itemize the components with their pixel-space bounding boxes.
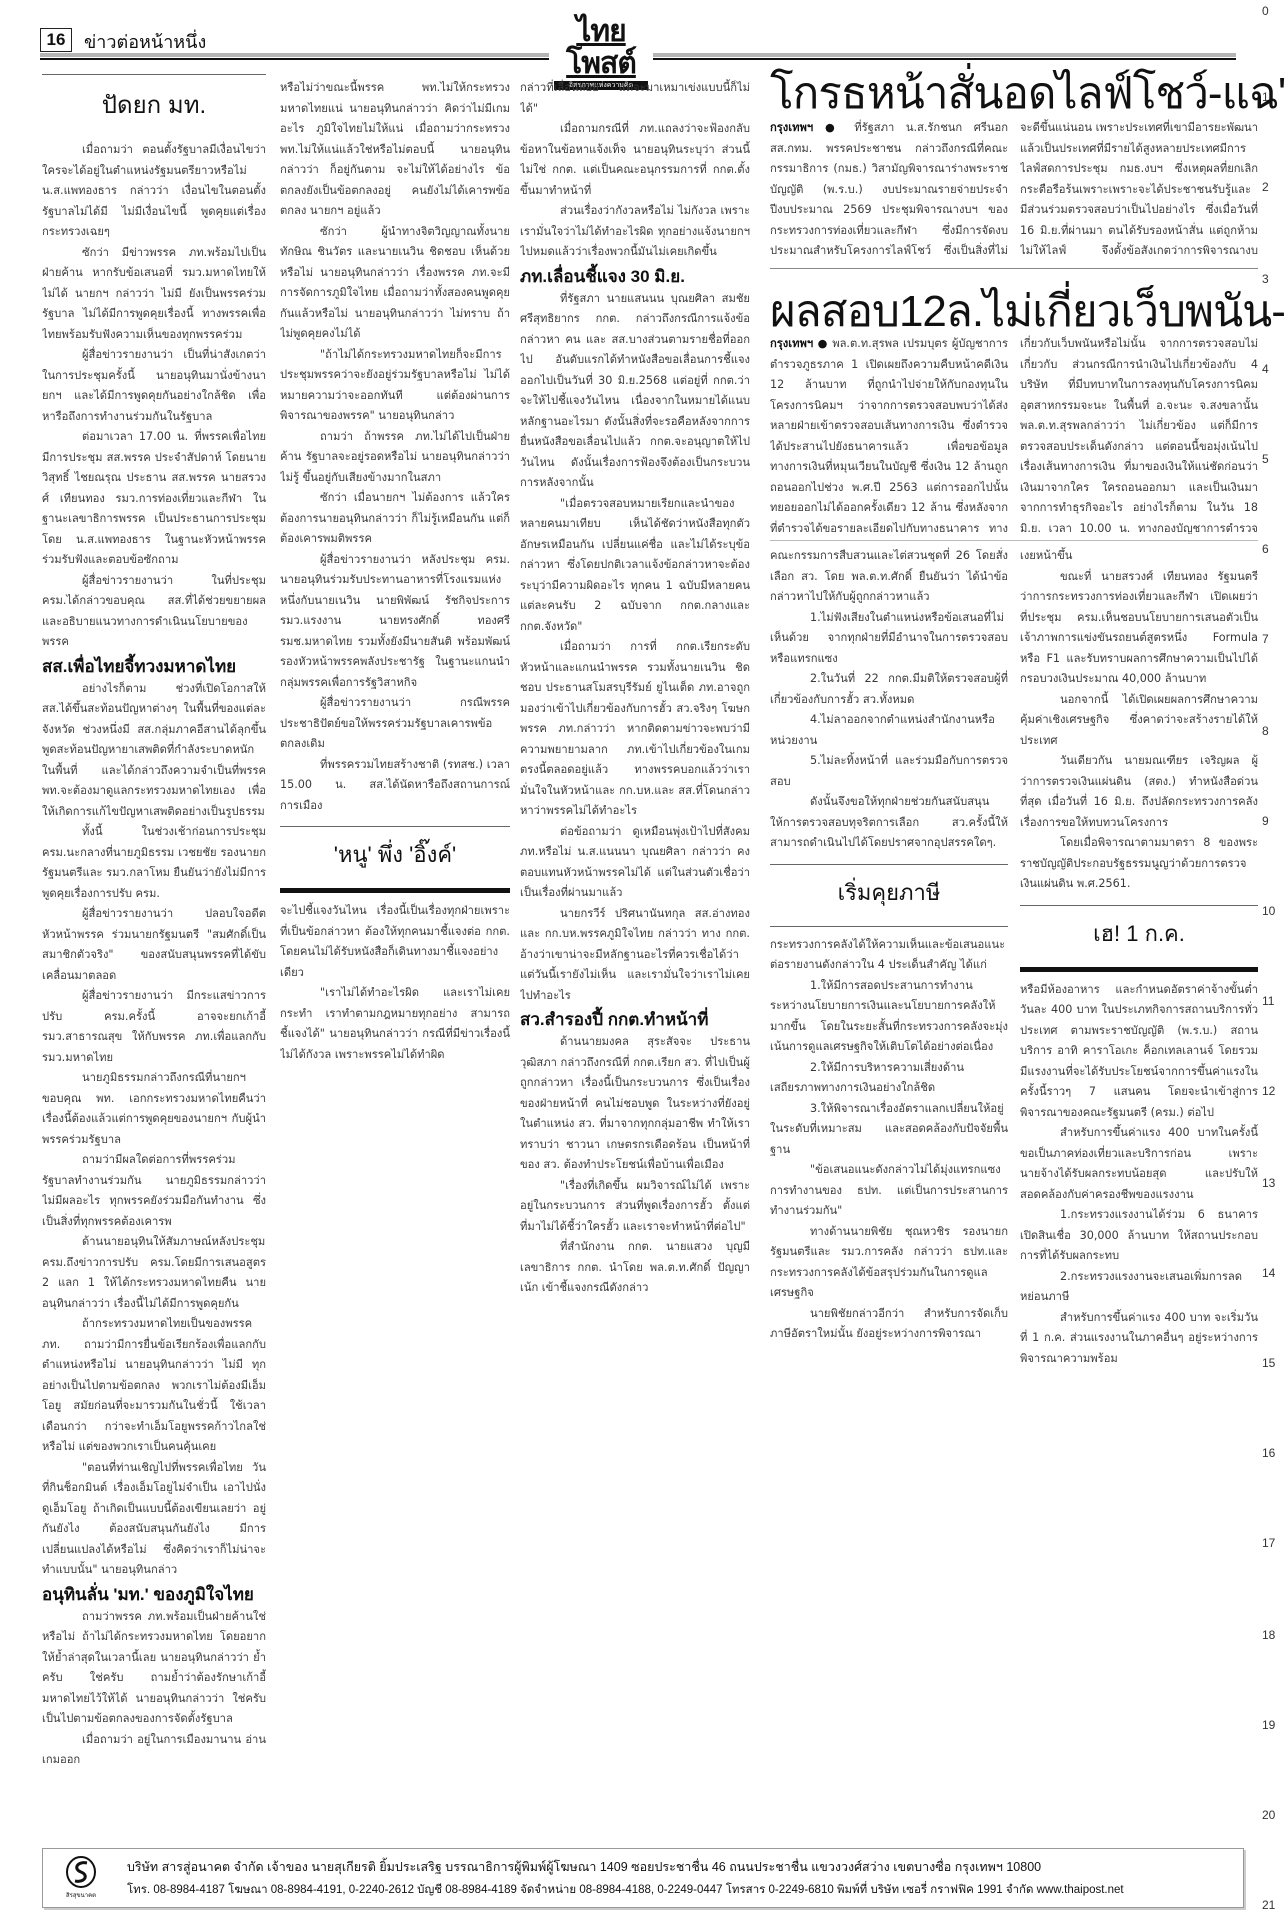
margin-number: 13 bbox=[1262, 1176, 1275, 1190]
paragraph: ผู้สื่อข่าวรายงานว่า กรณีพรรคประชาธิปัตย… bbox=[280, 693, 510, 755]
paragraph: อย่างไรก็ตาม ช่วงที่เปิดโอกาสให้ สส.ได้ข… bbox=[42, 679, 266, 823]
paragraph: หรือไม่ว่าขณะนี้พรรค พท.ไม่ให้กระทรวงมหา… bbox=[280, 78, 510, 222]
paragraph: กล่าวที่เลื่อนลอย แต่จะมาเหมาเข่งแบบนี้ก… bbox=[520, 78, 750, 119]
paragraph: "ถ้าไม่ได้กระทรวงมหาดไทยก็จะมีการประชุมพ… bbox=[280, 345, 510, 427]
paragraph: สำหรับการขึ้นค่าแรง 400 บาทในครั้งนี้ ขอ… bbox=[1020, 1123, 1258, 1205]
section-title: ข่าวต่อหน้าหนึ่ง bbox=[84, 27, 206, 56]
paragraph: ต่อข้อถามว่า ดูเหมือนพุ่งเป้าไปที่สังคม … bbox=[520, 822, 750, 904]
paragraph: หรือมีห้องอาหาร และกำหนดอัตราค่าจ้างขั้น… bbox=[1020, 980, 1258, 1124]
subheading: สว.สำรองปี้ กกต.ทำหน้าที่ bbox=[520, 1008, 750, 1032]
margin-number: 18 bbox=[1262, 1628, 1275, 1642]
paragraph: ที่พรรครวมไทยสร้างชาติ (รทสช.) เวลา 15.0… bbox=[280, 755, 510, 817]
logo-text: ไทยโพสต์ bbox=[549, 16, 653, 80]
paragraph: เมื่อถามว่า ตอนตั้งรัฐบาลมีเงื่อนไขว่าใค… bbox=[42, 140, 266, 243]
paragraph: ที่รัฐสภา นายแสนนน บุณยศิลา สมชัย ศรีสุท… bbox=[520, 289, 750, 494]
paragraph: ซักว่า มีข่าวพรรค ภท.พร้อมไปเป็นฝ่ายค้าน… bbox=[42, 243, 266, 346]
paragraph: วันเดียวกัน นายมณเฑียร เจริญผล ผู้ว่าการ… bbox=[1020, 751, 1258, 833]
margin-number: 15 bbox=[1262, 1356, 1275, 1370]
page-number: 16 bbox=[40, 28, 72, 52]
paragraph: 4.ไม่ลาออกจากตำแหน่งสำนักงานหรือหน่วยงาน bbox=[770, 710, 1008, 751]
paragraph: ผู้สื่อข่าวรายงานว่า หลังประชุม ครม. นาย… bbox=[280, 550, 510, 694]
paragraph: 2.ให้มีการบริหารความเสี่ยงด้านเสถียรภาพท… bbox=[770, 1058, 1008, 1099]
paragraph: ผู้สื่อข่าวรายงานว่า มีกระแสข่าวการปรับ … bbox=[42, 986, 266, 1068]
paragraph: "เราไม่ได้ทำอะไรผิด และเราไม่เคยกระทำ เร… bbox=[280, 983, 510, 1065]
paragraph: จะดีขึ้นแน่นอน เพราะประเทศที่เขามีอารยะพ… bbox=[1020, 118, 1258, 260]
paragraph: 5.ไม่ละทิ้งหน้าที่ และร่วมมือกับการตรวจส… bbox=[770, 751, 1008, 792]
paragraph: ต่อมาเวลา 17.00 น. ที่พรรคเพื่อไทย มีการ… bbox=[42, 427, 266, 571]
footer-contact: โทร. 08-8984-4187 โฆษณา 08-8984-4191, 0-… bbox=[127, 1881, 1124, 1899]
paragraph: พล.ต.ท.สุรพล เปรมบุตร ผู้บัญชาการตำรวจภู… bbox=[770, 337, 1008, 534]
margin-number: 8 bbox=[1262, 724, 1269, 738]
box-rule bbox=[1020, 967, 1258, 972]
thaipost-logo: ไทยโพสต์ อิสรภาพแห่งความคิด bbox=[549, 16, 653, 62]
margin-number: 0 bbox=[1262, 4, 1269, 18]
paragraph: "เมื่อตรวจสอบหมายเรียกและนำของหลายคนมาเท… bbox=[520, 494, 750, 638]
middle-column-2: กล่าวที่เลื่อนลอย แต่จะมาเหมาเข่งแบบนี้ก… bbox=[520, 78, 750, 1834]
paragraph: เกี่ยวกับเว็บพนันหรือไม่นั้น จากการตรวจส… bbox=[1020, 334, 1258, 534]
box-rule bbox=[280, 888, 510, 893]
margin-number: 17 bbox=[1262, 1536, 1275, 1550]
paragraph: ด้านนายมงคล สุระสัจจะ ประธานวุฒิสภา กล่า… bbox=[520, 1032, 750, 1176]
top-right-story-col-a: กรุงเทพฯ ● ที่รัฐสภา น.ส.รักชนก ศรีนอก ส… bbox=[770, 118, 1008, 260]
paragraph: 2.กระทรวงแรงงานจะเสนอเพิ่มการลดหย่อนภาษี bbox=[1020, 1267, 1258, 1308]
margin-number: 5 bbox=[1262, 452, 1269, 466]
margin-number: 14 bbox=[1262, 1266, 1275, 1280]
margin-number: 19 bbox=[1262, 1718, 1275, 1732]
paragraph: "เรื่องที่เกิดขึ้น ผมวิจารณ์ไม่ได้ เพราะ… bbox=[520, 1176, 750, 1238]
box-title-tax-talk: เริ่มคุยภาษี bbox=[770, 864, 1008, 922]
paragraph: เมื่อถามกรณีที่ ภท.แถลงว่าจะฟ้องกลับข้อห… bbox=[520, 119, 750, 201]
middle-column-1: หรือไม่ว่าขณะนี้พรรค พท.ไม่ให้กระทรวงมหา… bbox=[280, 78, 510, 1834]
paragraph: 1.กระทรวงแรงงานได้ร่วม 6 ธนาคาร เปิดสินเ… bbox=[1020, 1205, 1258, 1267]
subheading: สส.เพื่อไทยจี้ทวงมหาดไทย bbox=[42, 655, 266, 679]
publisher-logo-icon: สิรสุขนาคต bbox=[63, 1855, 99, 1899]
margin-number: 12 bbox=[1262, 1084, 1275, 1098]
margin-number: 11 bbox=[1262, 994, 1274, 1008]
left-story-title: ปัดยก มท. bbox=[42, 74, 266, 136]
margin-number: 21 bbox=[1262, 1898, 1275, 1912]
paragraph: ถ้ากระทรวงมหาดไทยเป็นของพรรค ภท. ถามว่าม… bbox=[42, 1314, 266, 1458]
dateline: กรุงเทพฯ ● bbox=[770, 121, 843, 134]
page-header: 16 ข่าวต่อหน้าหนึ่ง ไทยโพสต์ อิสรภาพแห่ง… bbox=[40, 24, 1236, 60]
paragraph: เงยหน้าขึ้น bbox=[1020, 546, 1258, 567]
box-title-nu-ping-ink: 'หนู' พึ่ง 'อิ๊งค์' bbox=[280, 826, 510, 884]
paragraph: ทางด้านนายพิชัย ชุณหวชิร รองนายกรัฐมนตรี… bbox=[770, 1222, 1008, 1304]
mid-right-story-col-a: กรุงเทพฯ ● พล.ต.ท.สุรพล เปรมบุตร ผู้บัญช… bbox=[770, 334, 1008, 534]
paragraph: ผู้สื่อข่าวรายงานว่า เป็นที่น่าสังเกตว่า… bbox=[42, 345, 266, 427]
paragraph: เมื่อถามว่า อยู่ในการเมืองมานาน อ่านเกมอ… bbox=[42, 1730, 266, 1771]
paragraph: คณะกรรมการสืบสวนและไต่สวนชุดที่ 26 โดยสั… bbox=[770, 546, 1008, 608]
publisher-footer: สิรสุขนาคต บริษัท สารสู่อนาคต จำกัด เจ้า… bbox=[42, 1848, 1244, 1908]
paragraph: สำหรับการขึ้นค่าแรง 400 บาท จะเริ่มวันที… bbox=[1020, 1308, 1258, 1370]
margin-number: 4 bbox=[1262, 362, 1269, 376]
paragraph: 1.ให้มีการสอดประสานการทำงานระหว่างนโยบาย… bbox=[770, 976, 1008, 1058]
margin-number: 20 bbox=[1262, 1808, 1275, 1822]
paragraph: โดยเมื่อพิจารณาตามมาตรา 8 ของพระราชบัญญั… bbox=[1020, 833, 1258, 895]
paragraph: เมื่อถามว่า การที่ กกต.เรียกระดับหัวหน้า… bbox=[520, 637, 750, 822]
paragraph: "ข้อเสนอแนะดังกล่าวไม่ได้มุ่งแทรกแซงการท… bbox=[770, 1160, 1008, 1222]
paragraph: นายพิชัยกล่าวอีกว่า สำหรับการจัดเก็บภาษี… bbox=[770, 1304, 1008, 1345]
paragraph: ทั้งนี้ ในช่วงเช้าก่อนการประชุม ครม.นะกล… bbox=[42, 822, 266, 904]
paragraph: ถามว่า ถ้าพรรค ภท.ไม่ได้ไปเป็นฝ่ายค้าน ร… bbox=[280, 427, 510, 489]
paragraph: ที่สำนักงาน กกต. นายแสวง บุญมี เลขาธิการ… bbox=[520, 1237, 750, 1299]
newspaper-page: 16 ข่าวต่อหน้าหนึ่ง ไทยโพสต์ อิสรภาพแห่ง… bbox=[0, 0, 1286, 1920]
svg-text:สิรสุขนาคต: สิรสุขนาคต bbox=[66, 1892, 96, 1899]
left-story-column: ปัดยก มท. เมื่อถามว่า ตอนตั้งรัฐบาลมีเงื… bbox=[42, 74, 266, 1834]
margin-number: 9 bbox=[1262, 814, 1269, 828]
paragraph: นายกรวีร์ ปริศนานันทกุล สส.อ่างทอง และ ก… bbox=[520, 904, 750, 1007]
margin-number: 10 bbox=[1262, 904, 1275, 918]
paragraph: ถามว่าพรรค ภท.พร้อมเป็นฝ่ายค้านใช่หรือไม… bbox=[42, 1607, 266, 1730]
lower-right-column-b: เงยหน้าขึ้น ขณะที่ นายสรวงศ์ เทียนทอง รั… bbox=[1020, 546, 1258, 1836]
mid-right-story-col-b: เกี่ยวกับเว็บพนันหรือไม่นั้น จากการตรวจส… bbox=[1020, 334, 1258, 534]
paragraph: กระทรวงการคลังได้ให้ความเห็นและข้อเสนอแน… bbox=[770, 935, 1008, 976]
paragraph: ซักว่า ผู้นำทางจิตวิญญาณทั้งนายทักษิณ ชิ… bbox=[280, 222, 510, 345]
paragraph: ดังนั้นจึงขอให้ทุกฝ่ายช่วยกันสนับสนุนให้… bbox=[770, 792, 1008, 854]
paragraph: ถามว่ามีผลใดต่อการที่พรรคร่วมรัฐบาลทำงาน… bbox=[42, 1150, 266, 1232]
paragraph: ซักว่า เมื่อนายกฯ ไม่ต้องการ แล้วใครต้อง… bbox=[280, 488, 510, 550]
story-divider bbox=[770, 540, 1258, 541]
paragraph: 1.ไม่ฟังเสียงในตำแหน่งหรือข้อเสนอที่ไม่เ… bbox=[770, 608, 1008, 670]
paragraph: ขณะที่ นายสรวงศ์ เทียนทอง รัฐมนตรีว่าการ… bbox=[1020, 567, 1258, 690]
subheading: ภท.เลื่อนชี้แจง 30 มิ.ย. bbox=[520, 265, 750, 289]
box-rule bbox=[770, 926, 1008, 927]
paragraph: ส่วนเรื่องว่ากังวลหรือไม่ ไม่กังวล เพราะ… bbox=[520, 201, 750, 263]
paragraph: 2.ในวันที่ 22 กกต.มีมติให้ตรวจสอบผู้ที่เ… bbox=[770, 669, 1008, 710]
dateline: กรุงเทพฯ ● bbox=[770, 337, 828, 350]
paragraph: ที่รัฐสภา น.ส.รักชนก ศรีนอก สส.กทม. พรรค… bbox=[770, 121, 1008, 260]
top-right-story-col-b: จะดีขึ้นแน่นอน เพราะประเทศที่เขามีอารยะพ… bbox=[1020, 118, 1258, 260]
margin-number: 6 bbox=[1262, 542, 1269, 556]
paragraph: 3.ให้พิจารณาเรื่องอัตราแลกเปลี่ยนให้อยู่… bbox=[770, 1099, 1008, 1161]
lower-right-column-a: คณะกรรมการสืบสวนและไต่สวนชุดที่ 26 โดยสั… bbox=[770, 546, 1008, 1836]
margin-number: 7 bbox=[1262, 632, 1269, 646]
paragraph: จะไปชี้แจงวันไหน เรื่องนี้เป็นเรื่องทุกฝ… bbox=[280, 901, 510, 983]
margin-number: 2 bbox=[1262, 180, 1269, 194]
story-divider bbox=[770, 268, 1258, 269]
subheading: อนุทินลั่น 'มท.' ของภูมิใจไทย bbox=[42, 1583, 266, 1607]
footer-address: บริษัท สารสู่อนาคต จำกัด เจ้าของ นายสุเก… bbox=[127, 1857, 1041, 1877]
paragraph: ผู้สื่อข่าวรายงานว่า ในที่ประชุม ครม.ได้… bbox=[42, 571, 266, 653]
paragraph: นายภูมิธรรมกล่าวถึงกรณีที่นายกฯ ขอบคุณ พ… bbox=[42, 1068, 266, 1150]
paragraph: ผู้สื่อข่าวรายงานว่า ปลอบใจอดีตหัวหน้าพร… bbox=[42, 904, 266, 986]
paragraph: ด้านนายอนุทินให้สัมภาษณ์หลังประชุม ครม.ถ… bbox=[42, 1232, 266, 1314]
box-title-july-1: เฮ! 1 ก.ค. bbox=[1020, 905, 1258, 963]
paragraph: นอกจากนี้ ได้เปิดเผยผลการศึกษาความคุ้มค่… bbox=[1020, 690, 1258, 752]
paragraph: "ตอนที่ท่านเชิญไปที่พรรคเพื่อไทย วันที่ก… bbox=[42, 1458, 266, 1581]
margin-number: 16 bbox=[1262, 1446, 1275, 1460]
